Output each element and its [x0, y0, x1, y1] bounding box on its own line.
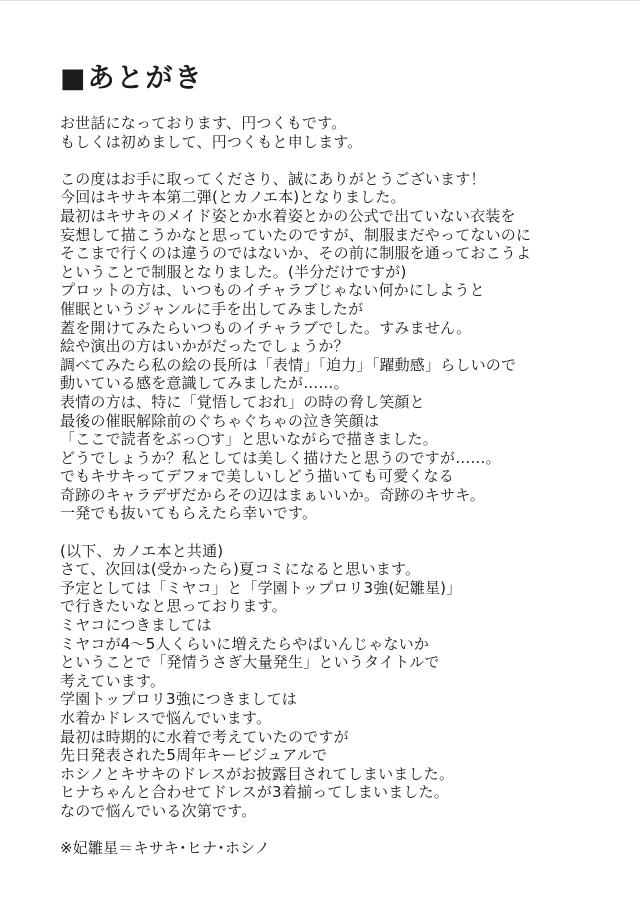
text-line: 動いている感を意識してみましたが……。 [60, 374, 602, 393]
paragraph-next-plans: (以下、カノエ本と共通)さて、次回は(受かったら)夏コミになると思います。予定と… [60, 542, 602, 821]
text-line: なので悩んでいる次第です。 [60, 802, 602, 821]
text-line: 最後の催眠解除前のぐちゃぐちゃの泣き笑顔は [60, 412, 602, 431]
text-line: 今回はキサキ本第二弾(とカノエ本)となりました。 [60, 188, 602, 207]
text-line: さて、次回は(受かったら)夏コミになると思います。 [60, 560, 602, 579]
text-line: 一発でも抜いてもらえたら幸いです。 [60, 504, 602, 523]
text-line: ホシノとキサキのドレスがお披露目されてしまいました。 [60, 765, 602, 784]
text-line: 先日発表された5周年キービジュアルで [60, 746, 602, 765]
text-line: もしくは初めまして、円つくもと申します。 [60, 133, 602, 152]
text-line: 予定としては「ミヤコ」と「学園トップロリ3強(妃雛星)」 [60, 579, 602, 598]
text-line: 催眠というジャンルに手を出してみましたが [60, 300, 602, 319]
text-line: 絵や演出の方はいかがだったでしょうか？ [60, 337, 602, 356]
text-line: 最初は時期的に水着で考えていたのですが [60, 728, 602, 747]
paragraph-footnote: ※妃雛星＝キサキ･ヒナ･ホシノ [60, 839, 602, 858]
paragraph-main-afterword: この度はお手に取ってくださり、誠にありがとうございます！今回はキサキ本第二弾(と… [60, 170, 602, 523]
text-line: 表情の方は、特に「覚悟しておれ」の時の脅し笑顔と [60, 393, 602, 412]
text-line: ということで制服となりました。(半分だけですが) [60, 263, 602, 282]
text-line: 水着かドレスで悩んでいます。 [60, 709, 602, 728]
text-line: プロットの方は、いつものイチャラブじゃない何かにしようと [60, 281, 602, 300]
text-line: ヒナちゃんと合わせてドレスが3着揃ってしまいました。 [60, 783, 602, 802]
text-line: で行きたいなと思っております。 [60, 597, 602, 616]
afterword-page: ■あとがき お世話になっております、円つくもです。もしくは初めまして、円つくもと… [0, 0, 640, 907]
text-line: お世話になっております、円つくもです。 [60, 114, 602, 133]
text-line: そこまで行くのは違うのではないか、その前に制服を通っておこうよ [60, 244, 602, 263]
text-line: ミヤコにつきましては [60, 616, 602, 635]
text-line: 奇跡のキャラデザだからその辺はまぁいいか。奇跡のキサキ。 [60, 486, 602, 505]
text-line: 調べてみたら私の絵の長所は「表情」「迫力」「躍動感」らしいので [60, 356, 602, 375]
text-line: この度はお手に取ってくださり、誠にありがとうございます！ [60, 170, 602, 189]
text-line: でもキサキってデフォで美しいしどう描いても可愛くなる [60, 467, 602, 486]
text-line: 「ここで読者をぶっ○す」と思いながらで描きました。 [60, 430, 602, 449]
text-line: ということで「発情うさぎ大量発生」というタイトルで [60, 653, 602, 672]
text-line: 学園トップロリ3強につきましては [60, 690, 602, 709]
afterword-body: お世話になっております、円つくもです。もしくは初めまして、円つくもと申します。 … [60, 114, 602, 858]
paragraph-greeting: お世話になっております、円つくもです。もしくは初めまして、円つくもと申します。 [60, 114, 602, 151]
text-line: ミヤコが4～5人くらいに増えたらやばいんじゃないか [60, 635, 602, 654]
text-line: 蓋を開けてみたらいつものイチャラブでした。すみません。 [60, 319, 602, 338]
text-line: どうでしょうか？私としては美しく描けたと思うのですが……。 [60, 449, 602, 468]
text-line: (以下、カノエ本と共通) [60, 542, 602, 561]
text-line: 妄想して描こうかなと思っていたのですが、制服まだやってないのに [60, 226, 602, 245]
text-line: 考えています。 [60, 672, 602, 691]
text-line: 最初はキサキのメイド姿とか水着姿とかの公式で出ていない衣装を [60, 207, 602, 226]
page-title: ■あとがき [60, 63, 602, 95]
text-line: ※妃雛星＝キサキ･ヒナ･ホシノ [60, 839, 602, 858]
